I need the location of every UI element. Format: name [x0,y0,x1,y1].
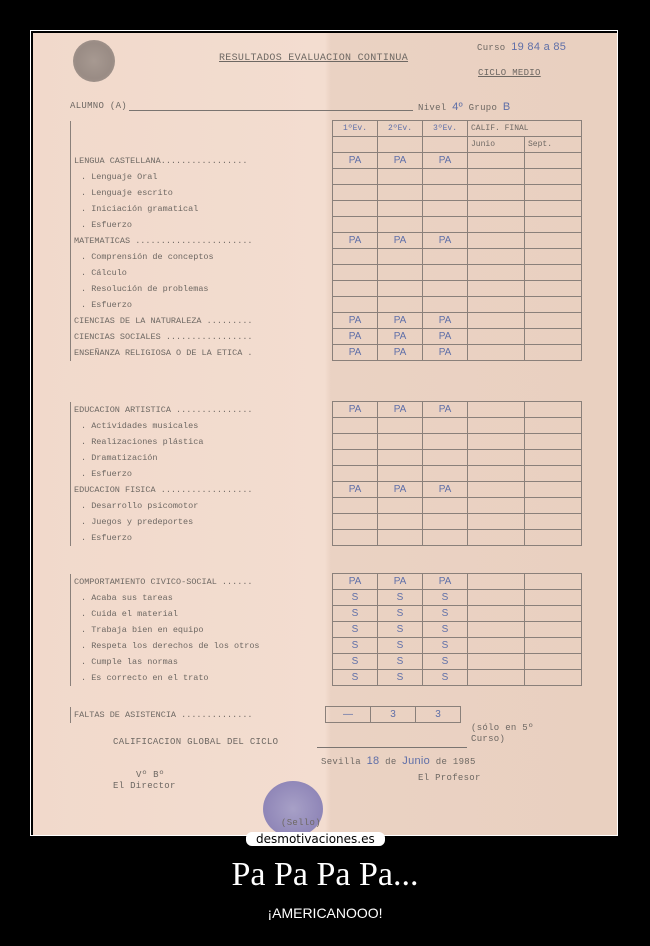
header-eval: 2ºEv. [378,121,423,137]
grade-cell: S [378,638,423,654]
final-junio [468,201,525,217]
subheader: Junio [468,137,525,153]
poster-title: Pa Pa Pa Pa... [0,856,650,894]
grade-cell: S [333,622,378,638]
final-junio [468,345,525,361]
final-junio [468,297,525,313]
grades-table-arts-pe: EDUCACION ARTISTICA ...............PAPAP… [70,401,582,546]
table-row: EDUCACION ARTISTICA ...............PAPAP… [71,402,582,418]
table-row: . Lenguaje Oral [71,169,582,185]
final-junio [468,402,525,418]
row-label: . Esfuerzo [71,530,333,546]
final-sept [525,498,582,514]
row-label: FALTAS DE ASISTENCIA .............. [71,707,326,723]
table-row: . Dramatización [71,450,582,466]
row-label: . Desarrollo psicomotor [71,498,333,514]
final-sept [525,329,582,345]
grade-cell [333,201,378,217]
grade-cell: PA [333,574,378,590]
grade-cell [423,450,468,466]
grade-cell [333,217,378,233]
final-sept [525,153,582,169]
final-sept [525,590,582,606]
grade-cell: PA [423,329,468,345]
header-row: 1ºEv.2ºEv.3ºEv.CALIF. FINAL [71,121,582,137]
final-sept [525,345,582,361]
grade-cell [423,530,468,546]
grade-cell [423,418,468,434]
grade-cell [423,169,468,185]
final-sept [525,418,582,434]
table-row: . Esfuerzo [71,217,582,233]
grade-cell [423,466,468,482]
table-row: FALTAS DE ASISTENCIA ..............—33 [71,707,461,723]
site-watermark: desmotivaciones.es [246,832,385,846]
final-junio [468,217,525,233]
school-seal-icon [73,40,115,82]
grade-cell [378,498,423,514]
grade-cell: PA [378,402,423,418]
grade-cell [423,281,468,297]
row-label: LENGUA CASTELLANA................. [71,153,333,169]
table-row: . Esfuerzo [71,530,582,546]
grade-cell [378,281,423,297]
table-row: . Realizaciones plástica [71,434,582,450]
table-row: . Es correcto en el tratoSSS [71,670,582,686]
table-row: . Cuida el materialSSS [71,606,582,622]
row-label: . Comprensión de conceptos [71,249,333,265]
director-label: El Director [113,781,176,791]
table-row: . Esfuerzo [71,466,582,482]
grade-cell [423,201,468,217]
grade-cell [333,297,378,313]
table-row: . Juegos y predeportes [71,514,582,530]
table-row: . Esfuerzo [71,297,582,313]
grade-cell [333,169,378,185]
header-eval: 3ºEv. [423,121,468,137]
final-junio [468,281,525,297]
grade-cell: PA [378,482,423,498]
profesor-label: El Profesor [418,773,481,783]
grade-cell [333,418,378,434]
final-sept [525,281,582,297]
grade-cell: PA [378,153,423,169]
grade-cell: PA [423,402,468,418]
final-junio [468,329,525,345]
final-junio [468,265,525,281]
date-line: Sevilla 18 de Junio de 1985 [321,755,476,767]
grade-cell: S [423,638,468,654]
row-label: . Actividades musicales [71,418,333,434]
grade-cell [378,450,423,466]
grade-cell [333,265,378,281]
table-row: EDUCACION FISICA ..................PAPAP… [71,482,582,498]
grade-cell [423,185,468,201]
subheader-row: JunioSept. [71,137,582,153]
header-blank [71,121,333,137]
grade-cell: PA [333,329,378,345]
header-eval: 1ºEv. [333,121,378,137]
grade-cell: PA [378,329,423,345]
grade-cell [378,434,423,450]
grade-cell [333,434,378,450]
table-row: . Iniciación gramatical [71,201,582,217]
final-junio [468,606,525,622]
row-label: CIENCIAS DE LA NATURALEZA ......... [71,313,333,329]
table-row: . Lenguaje escrito [71,185,582,201]
final-sept [525,434,582,450]
stamp-text: (Sello) [281,818,321,828]
note: (sólo en 5º Curso) [471,723,541,745]
row-label: EDUCACION ARTISTICA ............... [71,402,333,418]
grade-cell [378,466,423,482]
grade-cell: S [378,590,423,606]
grade-cell [423,265,468,281]
grade-cell [378,169,423,185]
final-junio [468,530,525,546]
grade-cell: PA [333,233,378,249]
grade-cell: 3 [416,707,461,723]
row-label: . Cumple las normas [71,654,333,670]
grades-table-academic: 1ºEv.2ºEv.3ºEv.CALIF. FINALJunioSept.LEN… [70,120,582,361]
row-label: . Esfuerzo [71,466,333,482]
nivel-grupo: Nivel 4º Grupo B [418,101,511,113]
poster-subtitle: ¡AMERICANOOO! [0,905,650,921]
final-sept [525,201,582,217]
grade-cell: PA [333,482,378,498]
final-junio [468,434,525,450]
row-label: ENSEÑANZA RELIGIOSA O DE LA ETICA . [71,345,333,361]
row-label: . Dramatización [71,450,333,466]
row-label: . Cuida el material [71,606,333,622]
final-sept [525,670,582,686]
final-sept [525,638,582,654]
final-sept [525,265,582,281]
header-blank [423,137,468,153]
grade-cell: PA [423,482,468,498]
final-sept [525,233,582,249]
row-label: . Lenguaje Oral [71,169,333,185]
grade-cell: S [423,654,468,670]
grade-cell [333,498,378,514]
grade-cell: 3 [371,707,416,723]
grade-cell [423,498,468,514]
final-sept [525,622,582,638]
vobo: Vº Bº [136,770,165,780]
grade-cell: PA [423,574,468,590]
final-junio [468,313,525,329]
row-label: CIENCIAS SOCIALES ................. [71,329,333,345]
grade-cell: PA [423,233,468,249]
grade-cell: PA [333,313,378,329]
grade-cell [333,466,378,482]
grade-cell: S [333,590,378,606]
table-row: . Desarrollo psicomotor [71,498,582,514]
table-row: . Actividades musicales [71,418,582,434]
grade-cell: S [378,622,423,638]
row-label: . Respeta los derechos de los otros [71,638,333,654]
final-junio [468,498,525,514]
header-blank [71,137,333,153]
final-sept [525,217,582,233]
ciclo: CICLO MEDIO [478,68,541,78]
grade-cell: PA [378,574,423,590]
grade-cell [378,530,423,546]
curso: Curso 19 84 a 85 [477,41,566,53]
table-row: LENGUA CASTELLANA.................PAPAPA [71,153,582,169]
grade-cell [333,530,378,546]
grade-cell: PA [378,313,423,329]
grade-cell: PA [333,153,378,169]
final-sept [525,574,582,590]
grade-cell: S [423,622,468,638]
grade-cell: PA [423,313,468,329]
final-junio [468,590,525,606]
row-label: . Cálculo [71,265,333,281]
grade-cell [378,217,423,233]
row-label: . Resolución de problemas [71,281,333,297]
grade-cell: S [423,590,468,606]
final-junio [468,233,525,249]
final-junio [468,574,525,590]
final-junio [468,450,525,466]
final-sept [525,185,582,201]
table-row: . Cálculo [71,265,582,281]
grade-cell: PA [378,345,423,361]
table-row: . Cumple las normasSSS [71,654,582,670]
final-sept [525,402,582,418]
grade-cell: S [423,606,468,622]
final-junio [468,418,525,434]
grade-cell [423,434,468,450]
final-sept [525,482,582,498]
grade-cell [423,514,468,530]
grade-cell [378,418,423,434]
final-sept [525,654,582,670]
grade-cell [333,185,378,201]
row-label: . Es correcto en el trato [71,670,333,686]
table-row: . Trabaja bien en equipoSSS [71,622,582,638]
final-junio [468,654,525,670]
row-label: . Realizaciones plástica [71,434,333,450]
table-row: COMPORTAMIENTO CIVICO-SOCIAL ......PAPAP… [71,574,582,590]
table-row: MATEMATICAS .......................PAPAP… [71,233,582,249]
row-label: . Juegos y predeportes [71,514,333,530]
attendance-table: FALTAS DE ASISTENCIA ..............—33 [70,706,461,723]
alumno-label: ALUMNO (A) [70,101,127,111]
grade-cell: S [378,654,423,670]
header-final: CALIF. FINAL [468,121,582,137]
final-sept [525,450,582,466]
grade-cell: PA [423,345,468,361]
grade-cell: PA [378,233,423,249]
grade-cell [333,249,378,265]
final-junio [468,670,525,686]
row-label: MATEMATICAS ....................... [71,233,333,249]
final-sept [525,249,582,265]
final-junio [468,514,525,530]
header-blank [378,137,423,153]
final-junio [468,185,525,201]
grade-cell [423,297,468,313]
grade-cell [378,201,423,217]
row-label: . Acaba sus tareas [71,590,333,606]
grade-cell: S [378,606,423,622]
row-label: . Lenguaje escrito [71,185,333,201]
grade-cell: S [423,670,468,686]
final-junio [468,482,525,498]
table-row: ENSEÑANZA RELIGIOSA O DE LA ETICA .PAPAP… [71,345,582,361]
final-sept [525,606,582,622]
calificacion-global-field [317,747,467,748]
table-row: . Comprensión de conceptos [71,249,582,265]
row-label: COMPORTAMIENTO CIVICO-SOCIAL ...... [71,574,333,590]
subheader: Sept. [525,137,582,153]
grade-cell [333,514,378,530]
grade-cell [378,297,423,313]
row-label: EDUCACION FISICA .................. [71,482,333,498]
grades-table-behaviour: COMPORTAMIENTO CIVICO-SOCIAL ......PAPAP… [70,573,582,686]
final-sept [525,466,582,482]
final-sept [525,169,582,185]
grade-cell: PA [333,402,378,418]
calificacion-global-label: CALIFICACION GLOBAL DEL CICLO [113,737,278,747]
grade-cell: PA [423,153,468,169]
final-junio [468,169,525,185]
table-row: . Acaba sus tareasSSS [71,590,582,606]
final-junio [468,153,525,169]
grade-cell [333,281,378,297]
grade-cell [423,249,468,265]
table-row: . Resolución de problemas [71,281,582,297]
grade-cell: PA [333,345,378,361]
final-junio [468,249,525,265]
row-label: . Esfuerzo [71,297,333,313]
final-sept [525,313,582,329]
final-junio [468,466,525,482]
final-sept [525,514,582,530]
table-row: . Respeta los derechos de los otrosSSS [71,638,582,654]
row-label: . Iniciación gramatical [71,201,333,217]
table-row: CIENCIAS DE LA NATURALEZA .........PAPAP… [71,313,582,329]
grade-cell [378,265,423,281]
header-blank [333,137,378,153]
grade-cell [378,185,423,201]
table-row: CIENCIAS SOCIALES .................PAPAP… [71,329,582,345]
grade-cell [378,514,423,530]
row-label: . Trabaja bien en equipo [71,622,333,638]
grade-cell: S [333,654,378,670]
grade-cell [333,450,378,466]
grade-cell [378,249,423,265]
document-title: RESULTADOS EVALUACION CONTINUA [219,53,408,64]
grade-cell: S [378,670,423,686]
grade-cell: — [326,707,371,723]
alumno-field [129,110,413,111]
grade-cell [423,217,468,233]
report-card: RESULTADOS EVALUACION CONTINUA Curso 19 … [33,33,617,835]
grade-cell: S [333,638,378,654]
grade-cell: S [333,670,378,686]
row-label: . Esfuerzo [71,217,333,233]
final-junio [468,622,525,638]
final-sept [525,297,582,313]
final-sept [525,530,582,546]
final-junio [468,638,525,654]
grade-cell: S [333,606,378,622]
